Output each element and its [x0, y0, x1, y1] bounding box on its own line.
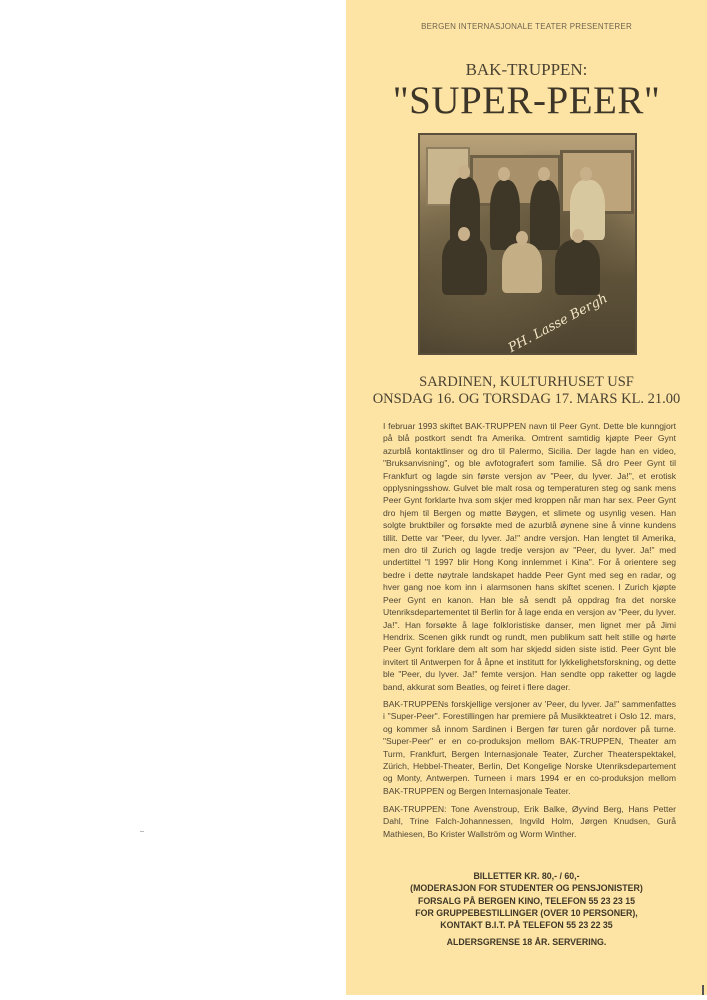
- person-head: [498, 167, 510, 181]
- person-head: [580, 167, 592, 181]
- photo-credit: PH. Lasse Bergh: [506, 291, 610, 355]
- person-head: [458, 227, 470, 241]
- venue-info: SARDINEN, KULTURHUSET USF ONSDAG 16. OG …: [346, 374, 707, 408]
- coproduction-paragraph: BAK-TRUPPENs forskjellige versjoner av '…: [383, 698, 676, 797]
- show-title: "SUPER-PEER": [346, 78, 707, 123]
- cast-paragraph: BAK-TRUPPEN: Tone Avenstroup, Erik Balke…: [383, 803, 676, 840]
- person-figure: [442, 235, 487, 295]
- company-name: BAK-TRUPPEN:: [346, 60, 707, 80]
- person-figure: [502, 243, 542, 293]
- presenter-line: BERGEN INTERNASJONALE TEATER PRESENTERER: [346, 22, 707, 31]
- scan-corner-mark: [702, 985, 704, 995]
- age-notice: ALDERSGRENSE 18 ÅR. SERVERING.: [346, 937, 707, 947]
- ticket-info: BILLETTER KR. 80,- / 60,- (MODERASJON FO…: [346, 870, 707, 931]
- person-head: [516, 231, 528, 245]
- description-paragraph: I februar 1993 skiftet BAK-TRUPPEN navn …: [383, 420, 676, 693]
- person-head: [572, 229, 584, 243]
- person-figure: [530, 180, 560, 250]
- ticket-contact: KONTAKT B.I.T. PÅ TELEFON 55 23 22 35: [346, 919, 707, 931]
- group-photo: PH. Lasse Bergh: [418, 133, 637, 355]
- scan-speck: [140, 831, 144, 832]
- person-figure: [555, 240, 600, 295]
- person-head: [458, 165, 470, 179]
- ticket-presale: FORSALG PÅ BERGEN KINO, TELEFON 55 23 23…: [346, 895, 707, 907]
- show-dates: ONSDAG 16. OG TORSDAG 17. MARS KL. 21.00: [346, 391, 707, 408]
- venue-name: SARDINEN, KULTURHUSET USF: [346, 374, 707, 391]
- flyer-page: BERGEN INTERNASJONALE TEATER PRESENTERER…: [346, 0, 707, 995]
- person-head: [538, 167, 550, 181]
- ticket-group: FOR GRUPPEBESTILLINGER (OVER 10 PERSONER…: [346, 907, 707, 919]
- ticket-discount: (MODERASJON FOR STUDENTER OG PENSJONISTE…: [346, 882, 707, 894]
- ticket-price: BILLETTER KR. 80,- / 60,-: [346, 870, 707, 882]
